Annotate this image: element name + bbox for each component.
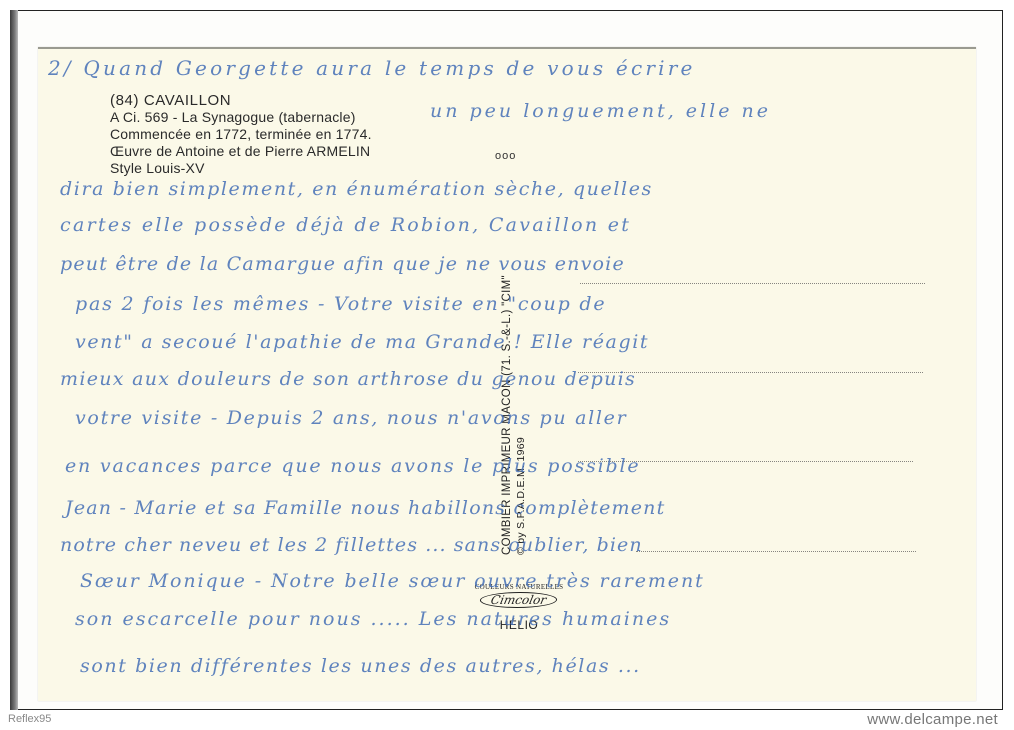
handwritten-line: sont bien différentes les unes des autre… <box>80 655 641 677</box>
handwritten-line: Jean - Marie et sa Famille nous habillon… <box>65 497 665 519</box>
caption-line: A Ci. 569 - La Synagogue (tabernacle) <box>110 109 372 126</box>
printed-caption: (84) CAVAILLON A Ci. 569 - La Synagogue … <box>110 92 372 177</box>
caption-line: Œuvre de Antoine et de Pierre ARMELIN <box>110 143 372 160</box>
address-line <box>636 551 916 552</box>
seller-watermark: Reflex95 <box>8 713 51 725</box>
handwritten-line: vent" a secoué l'apathie de ma Grande ! … <box>75 331 649 353</box>
handwritten-line: cartes elle possède déjà de Robion, Cava… <box>60 214 631 236</box>
caption-title: (84) CAVAILLON <box>110 92 372 109</box>
caption-line: Commencée en 1772, terminée en 1774. <box>110 126 372 143</box>
handwritten-line: Sœur Monique - Notre belle sœur ouvre tr… <box>80 570 705 592</box>
logo-brand: Cimcolor <box>479 592 560 608</box>
handwritten-line: un peu longuement, elle ne <box>430 100 771 122</box>
handwritten-line: en vacances parce que nous avons le plus… <box>65 455 640 477</box>
scan-frame-edge <box>10 10 18 710</box>
handwritten-line: votre visite - Depuis 2 ans, nous n'avon… <box>75 407 627 429</box>
handwritten-line: dira bien simplement, en énumération sèc… <box>60 178 653 200</box>
handwritten-line: peut être de la Camargue afin que je ne … <box>60 253 625 275</box>
printed-marker: ooo <box>495 150 516 162</box>
site-watermark: www.delcampe.net <box>867 711 998 728</box>
caption-line: Style Louis-XV <box>110 160 372 177</box>
handwritten-line: son escarcelle pour nous ..... Les natur… <box>75 608 671 630</box>
handwritten-line: 2/ Quand Georgette aura le temps de vous… <box>48 56 696 80</box>
handwritten-line: notre cher neveu et les 2 fillettes ... … <box>60 534 643 556</box>
handwritten-line: mieux aux douleurs de son arthrose du ge… <box>60 368 636 390</box>
address-line <box>580 283 925 284</box>
handwritten-line: pas 2 fois les mêmes - Votre visite en "… <box>75 293 606 315</box>
